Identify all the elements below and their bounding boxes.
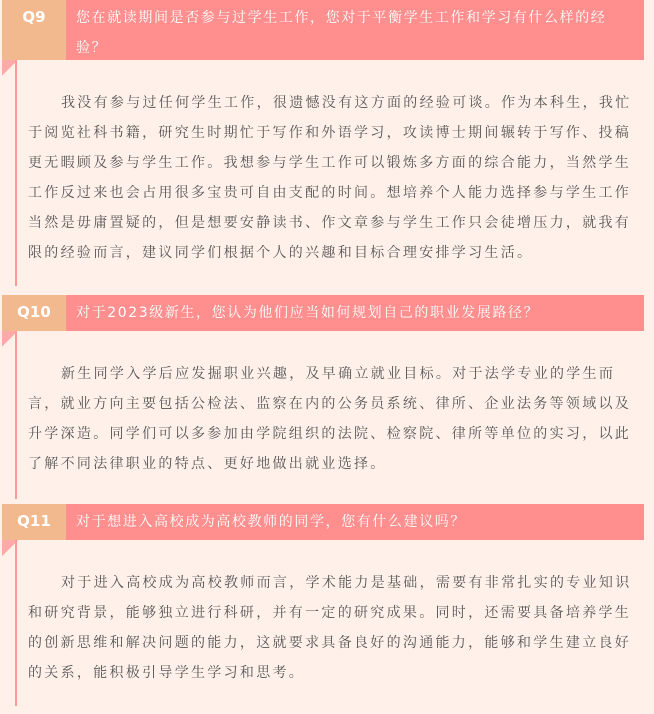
answer-text: 对于进入高校成为高校教师而言，学术能力是基础，需要有非常扎实的专业知识和研究背景… (28, 568, 646, 688)
question-text: 您在就读期间是否参与过学生工作，您对于平衡学生工作和学习有什么样的经验？ (66, 0, 644, 60)
question-text: 对于想进入高校成为高校教师的同学，您有什么建议吗？ (66, 504, 644, 540)
question-header: Q9 您在就读期间是否参与过学生工作，您对于平衡学生工作和学习有什么样的经验？ (2, 0, 644, 60)
accent-line (15, 540, 17, 706)
question-number-badge: Q9 (2, 0, 66, 60)
question-header: Q10 对于2023级新生，您认为他们应当如何规划自己的职业发展路径？ (2, 295, 644, 331)
question-number-badge: Q10 (2, 295, 66, 331)
qa-block-q11: Q11 对于想进入高校成为高校教师的同学，您有什么建议吗？ 对于进入高校成为高校… (0, 504, 654, 540)
accent-line (15, 331, 17, 499)
answer-text: 我没有参与过任何学生工作，很遗憾没有这方面的经验可谈。作为本科生，我忙于阅览社科… (28, 88, 646, 268)
answer-text: 新生同学入学后应发掘职业兴趣，及早确立就业目标。对于法学专业的学生而言，就业方向… (28, 359, 646, 479)
qa-block-q10: Q10 对于2023级新生，您认为他们应当如何规划自己的职业发展路径？ 新生同学… (0, 295, 654, 331)
question-header: Q11 对于想进入高校成为高校教师的同学，您有什么建议吗？ (2, 504, 644, 540)
qa-block-q9: Q9 您在就读期间是否参与过学生工作，您对于平衡学生工作和学习有什么样的经验？ … (0, 0, 654, 60)
question-number-badge: Q11 (2, 504, 66, 540)
accent-line (15, 60, 17, 286)
question-text: 对于2023级新生，您认为他们应当如何规划自己的职业发展路径？ (66, 295, 644, 331)
